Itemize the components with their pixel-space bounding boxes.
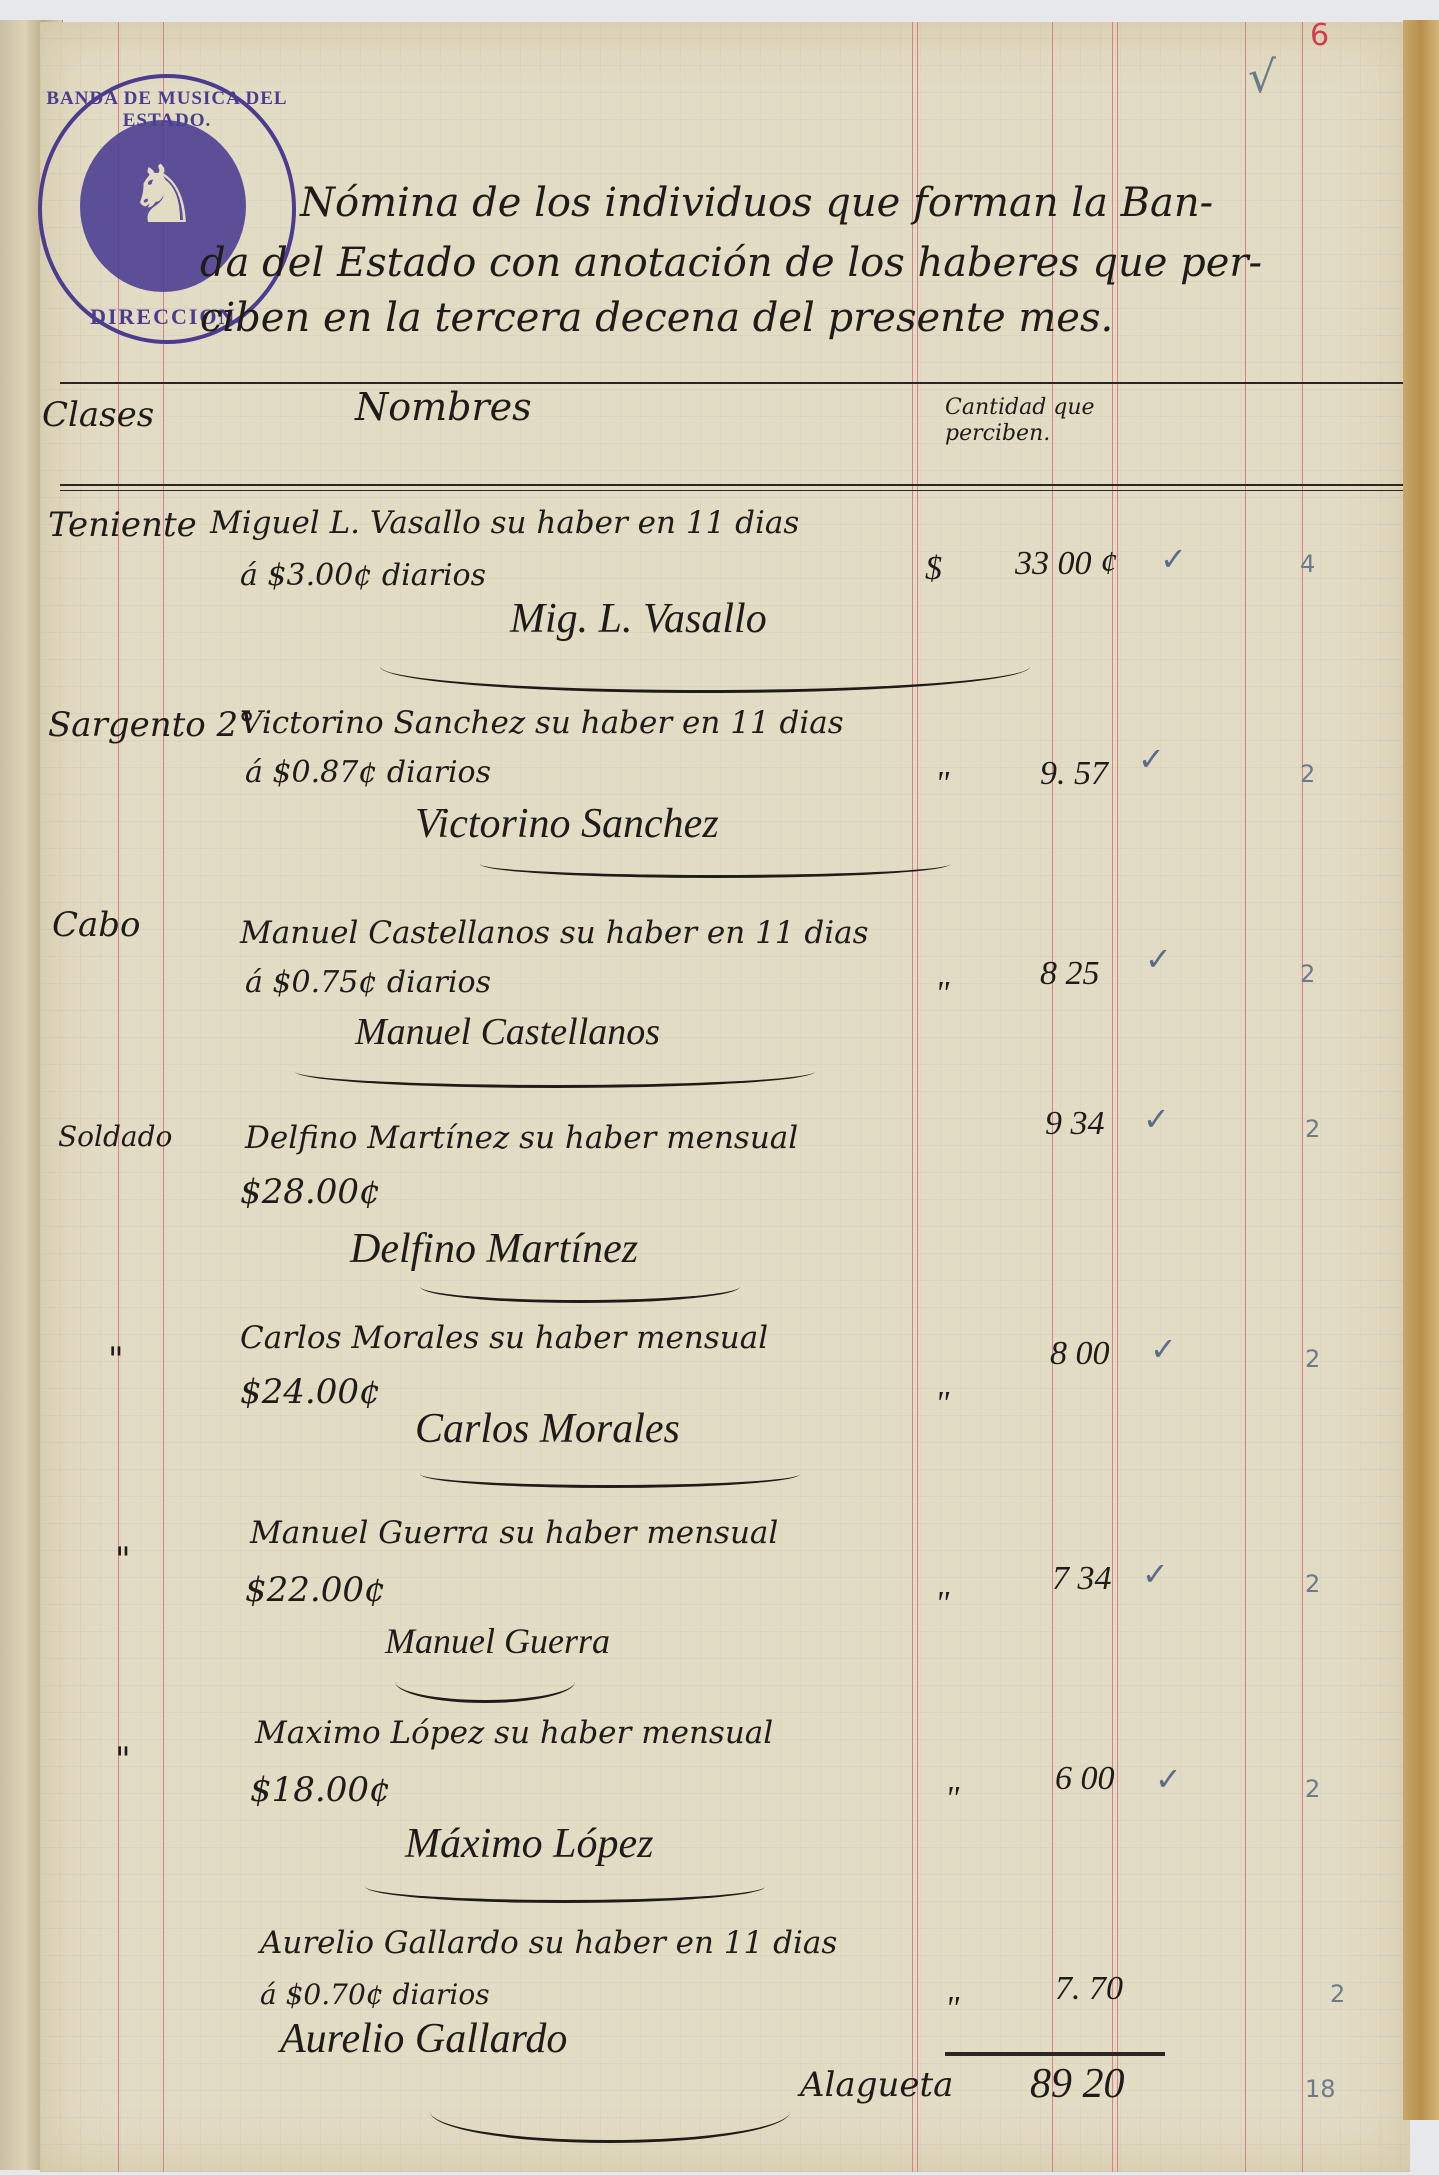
entry-line1: Maximo López su haber mensual bbox=[255, 1715, 773, 1751]
entry-pencil-count: 2 bbox=[1305, 1775, 1320, 1803]
rule-line bbox=[163, 22, 164, 2172]
header-rule-bottom bbox=[60, 484, 1410, 486]
entry-clase: " bbox=[115, 1740, 131, 1780]
entry-amount: 7 34 bbox=[1052, 1560, 1112, 1598]
signature-flourish bbox=[430, 2080, 790, 2143]
check-icon: ✓ bbox=[1155, 1760, 1182, 1798]
rule-line bbox=[1117, 22, 1118, 2172]
entry-signature: Máximo López bbox=[405, 1820, 653, 1868]
rule-line bbox=[1302, 22, 1303, 2172]
header-cantidad: Cantidad que perciben. bbox=[945, 395, 1145, 447]
check-icon: ✓ bbox=[1160, 540, 1187, 578]
entry-line2: $24.00¢ bbox=[240, 1372, 381, 1412]
entry-amount: 6 00 bbox=[1055, 1760, 1115, 1798]
rule-line bbox=[917, 22, 918, 2172]
check-icon: ✓ bbox=[1143, 1100, 1170, 1138]
entry-ditto: " bbox=[945, 1780, 959, 1818]
total-rule bbox=[945, 2052, 1165, 2056]
entry-pencil-count: 2 bbox=[1305, 1570, 1320, 1598]
rule-line bbox=[1052, 22, 1053, 2172]
entry-signature: Delfino Martínez bbox=[350, 1225, 638, 1273]
rule-line bbox=[912, 22, 913, 2172]
entry-clase: Cabo bbox=[52, 905, 141, 945]
signature-flourish bbox=[420, 1460, 800, 1488]
pencil-total: 18 bbox=[1305, 2075, 1336, 2103]
eagle-icon: ♞ bbox=[80, 148, 246, 241]
entry-line1: Aurelio Gallardo su haber en 11 dias bbox=[260, 1925, 837, 1961]
check-icon: ✓ bbox=[1142, 1555, 1169, 1593]
signature-flourish bbox=[295, 1055, 815, 1088]
entry-amount: 7. 70 bbox=[1055, 1970, 1123, 2008]
entry-line1: Delfino Martínez su haber mensual bbox=[245, 1120, 798, 1156]
entry-line1: Carlos Morales su haber mensual bbox=[240, 1320, 768, 1356]
entry-signature: Aurelio Gallardo bbox=[280, 2015, 567, 2063]
check-icon: ✓ bbox=[1138, 740, 1165, 778]
entry-currency: $ bbox=[925, 550, 942, 588]
rule-line bbox=[1112, 22, 1113, 2172]
total-amount: 89 20 bbox=[1030, 2060, 1125, 2108]
entry-line2: $28.00¢ bbox=[240, 1172, 381, 1212]
entry-amount: 8 25 bbox=[1040, 955, 1100, 993]
entry-line2: á $0.87¢ diarios bbox=[245, 755, 491, 790]
entry-signature: Manuel Guerra bbox=[385, 1620, 610, 1662]
corner-check-mark: √ bbox=[1248, 52, 1276, 103]
entry-amount: 33 00 ¢ bbox=[1015, 545, 1117, 583]
entry-amount: 9. 57 bbox=[1040, 755, 1108, 793]
entry-pencil-count: 2 bbox=[1300, 760, 1315, 788]
approval-signature: Alagueta bbox=[800, 2065, 953, 2105]
title-line-3: ciben en la tercera decena del presente … bbox=[200, 295, 1113, 341]
entry-amount: 9 34 bbox=[1045, 1105, 1105, 1143]
header-nombres: Nombres bbox=[355, 385, 532, 429]
entry-ditto: " bbox=[945, 1990, 959, 2028]
header-clases: Clases bbox=[42, 395, 154, 435]
rule-line bbox=[1245, 22, 1246, 2172]
ledger-page bbox=[40, 22, 1410, 2172]
entry-amount: 8 00 bbox=[1050, 1335, 1110, 1373]
entry-clase: Sargento 2° bbox=[48, 705, 255, 745]
entry-ditto: " bbox=[935, 1385, 949, 1423]
entry-line1: Miguel L. Vasallo su haber en 11 dias bbox=[210, 505, 799, 541]
entry-signature: Mig. L. Vasallo bbox=[510, 595, 767, 643]
entry-line2: á $0.70¢ diarios bbox=[260, 1978, 490, 2011]
signature-flourish bbox=[480, 850, 950, 878]
entry-pencil-count: 2 bbox=[1300, 960, 1315, 988]
entry-line2: á $3.00¢ diarios bbox=[240, 558, 486, 593]
check-icon: ✓ bbox=[1145, 940, 1172, 978]
signature-flourish bbox=[420, 1270, 740, 1303]
entry-line2: á $0.75¢ diarios bbox=[245, 965, 491, 1000]
entry-ditto: " bbox=[935, 1585, 949, 1623]
title-line-2: da del Estado con anotación de los haber… bbox=[200, 240, 1262, 286]
entry-clase: Teniente bbox=[48, 505, 197, 545]
rule-line bbox=[118, 22, 119, 2172]
entry-pencil-count: 4 bbox=[1300, 550, 1315, 578]
header-rule-bottom-2 bbox=[60, 490, 1410, 491]
page-number: 6 bbox=[1310, 18, 1329, 53]
entry-line1: Manuel Castellanos su haber en 11 dias bbox=[240, 915, 869, 951]
entry-pencil-count: 2 bbox=[1305, 1345, 1320, 1373]
entry-line1: Manuel Guerra su haber mensual bbox=[250, 1515, 778, 1551]
header-rule-top bbox=[60, 382, 1410, 384]
entry-pencil-count: 2 bbox=[1305, 1115, 1320, 1143]
title-line-1: Nómina de los individuos que forman la B… bbox=[300, 180, 1213, 226]
entry-signature: Carlos Morales bbox=[415, 1405, 680, 1453]
entry-clase: Soldado bbox=[58, 1120, 172, 1153]
signature-flourish bbox=[365, 1870, 765, 1903]
entry-line2: $22.00¢ bbox=[245, 1570, 386, 1610]
signature-flourish bbox=[380, 640, 1030, 693]
signature-flourish bbox=[395, 1660, 575, 1703]
entry-signature: Victorino Sanchez bbox=[415, 800, 719, 848]
check-icon: ✓ bbox=[1150, 1330, 1177, 1368]
page-edge bbox=[1403, 20, 1439, 2120]
entry-signature: Manuel Castellanos bbox=[355, 1010, 660, 1054]
entry-clase: " bbox=[115, 1540, 131, 1580]
entry-ditto: " bbox=[935, 765, 949, 803]
entry-pencil-count: 2 bbox=[1330, 1980, 1345, 2008]
entry-line2: $18.00¢ bbox=[250, 1770, 391, 1810]
entry-ditto: " bbox=[935, 975, 949, 1013]
entry-line1: Victorino Sanchez su haber en 11 dias bbox=[240, 705, 844, 741]
entry-clase: " bbox=[108, 1340, 124, 1380]
